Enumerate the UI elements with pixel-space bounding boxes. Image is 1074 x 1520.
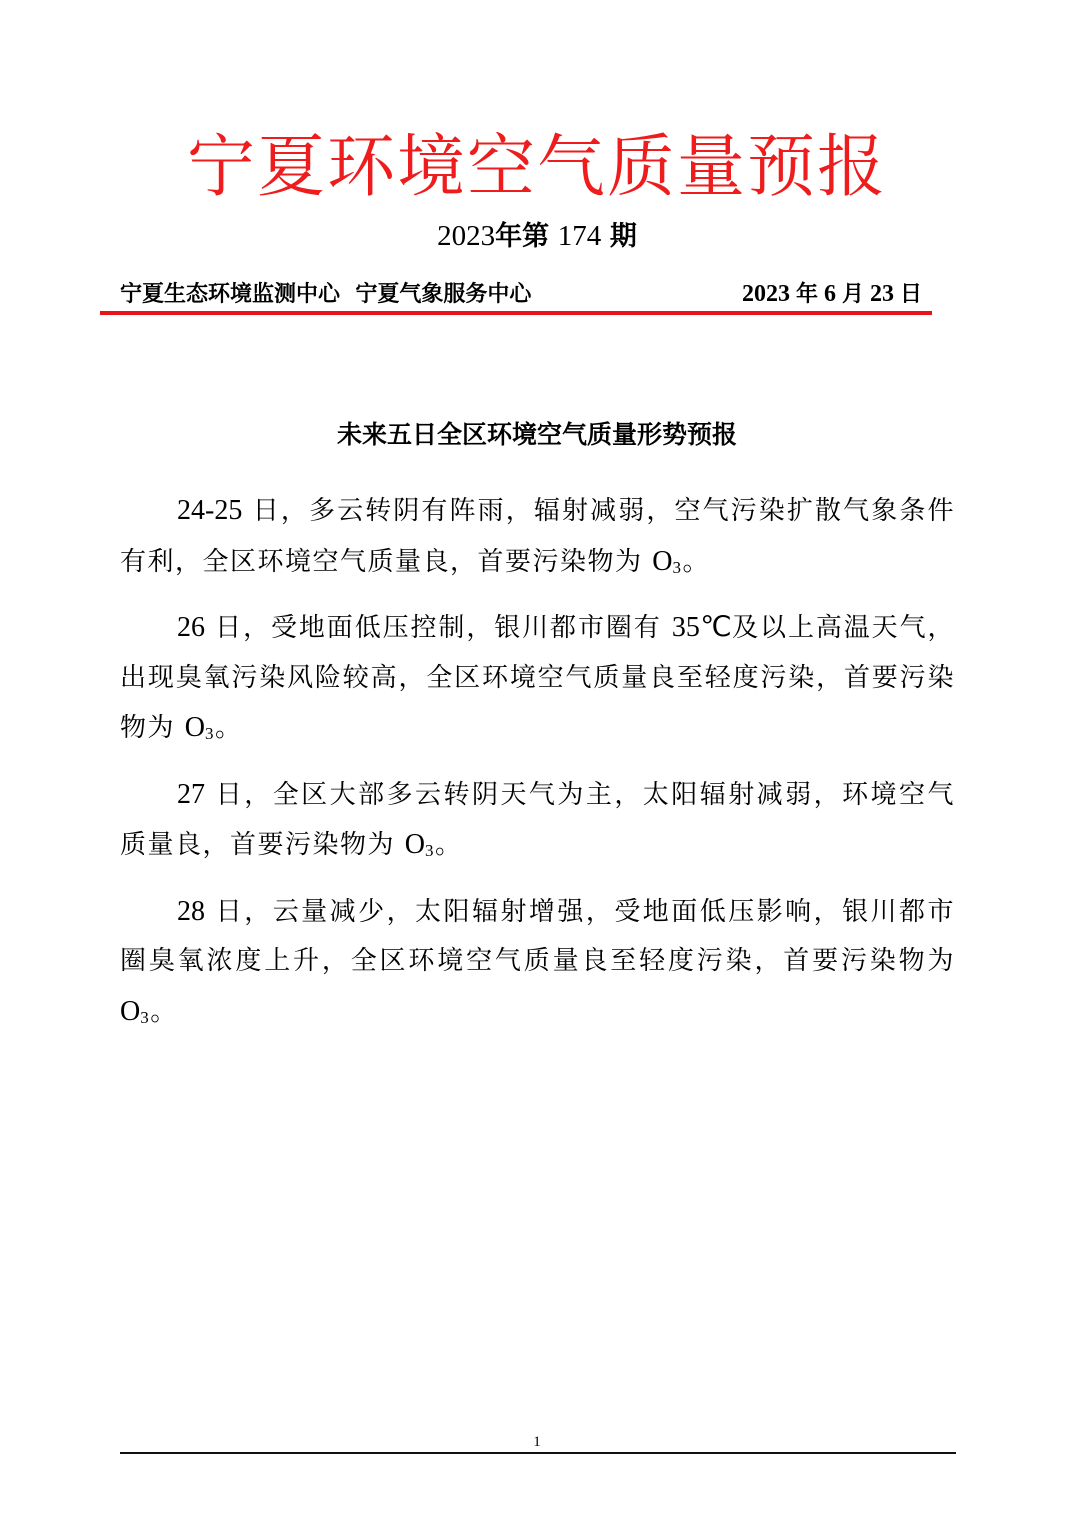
page-title: 宁夏环境空气质量预报	[0, 128, 1074, 208]
issue-date: 2023 年 6 月 23 日	[742, 277, 922, 311]
forecast-paragraph-28: 28 日，云量减少，太阳辐射增强，受地面低压影响，银川都市圈臭氧浓度上升，全区环…	[120, 887, 955, 1043]
issue-number: 2023年第 174 期	[0, 216, 1074, 257]
date-day-suffix: 日	[900, 281, 922, 307]
issue-year-suffix: 年第	[495, 221, 549, 252]
forecast-body: 24-25 日，多云转阴有阵雨，辐射减弱，空气污染扩散气象条件有利，全区环境空气…	[120, 486, 955, 1053]
masthead: 宁夏生态环境监测中心 宁夏气象服务中心 2023 年 6 月 23 日	[120, 277, 930, 311]
issuing-organizations: 宁夏生态环境监测中心 宁夏气象服务中心	[120, 277, 531, 311]
forecast-paragraph-26: 26 日，受地面低压控制，银川都市圈有 35℃及以上高温天气，出现臭氧污染风险较…	[120, 603, 955, 759]
issue-num: 174	[558, 220, 602, 252]
footer-rule	[120, 1452, 956, 1454]
issue-num-suffix: 期	[610, 221, 637, 252]
red-header-rule	[100, 311, 932, 315]
date-month-suffix: 月	[842, 281, 864, 307]
date-day: 23	[870, 281, 894, 307]
page-number: 1	[0, 1434, 1074, 1450]
date-year-suffix: 年	[796, 281, 818, 307]
section-title: 未来五日全区环境空气质量形势预报	[0, 415, 1074, 455]
date-month: 6	[824, 281, 836, 307]
date-year: 2023	[742, 281, 790, 307]
forecast-paragraph-27: 27 日，全区大部多云转阴天气为主，太阳辐射减弱，环境空气质量良，首要污染物为 …	[120, 770, 955, 876]
issue-year: 2023	[437, 220, 495, 252]
forecast-paragraph-24-25: 24-25 日，多云转阴有阵雨，辐射减弱，空气污染扩散气象条件有利，全区环境空气…	[120, 486, 955, 592]
